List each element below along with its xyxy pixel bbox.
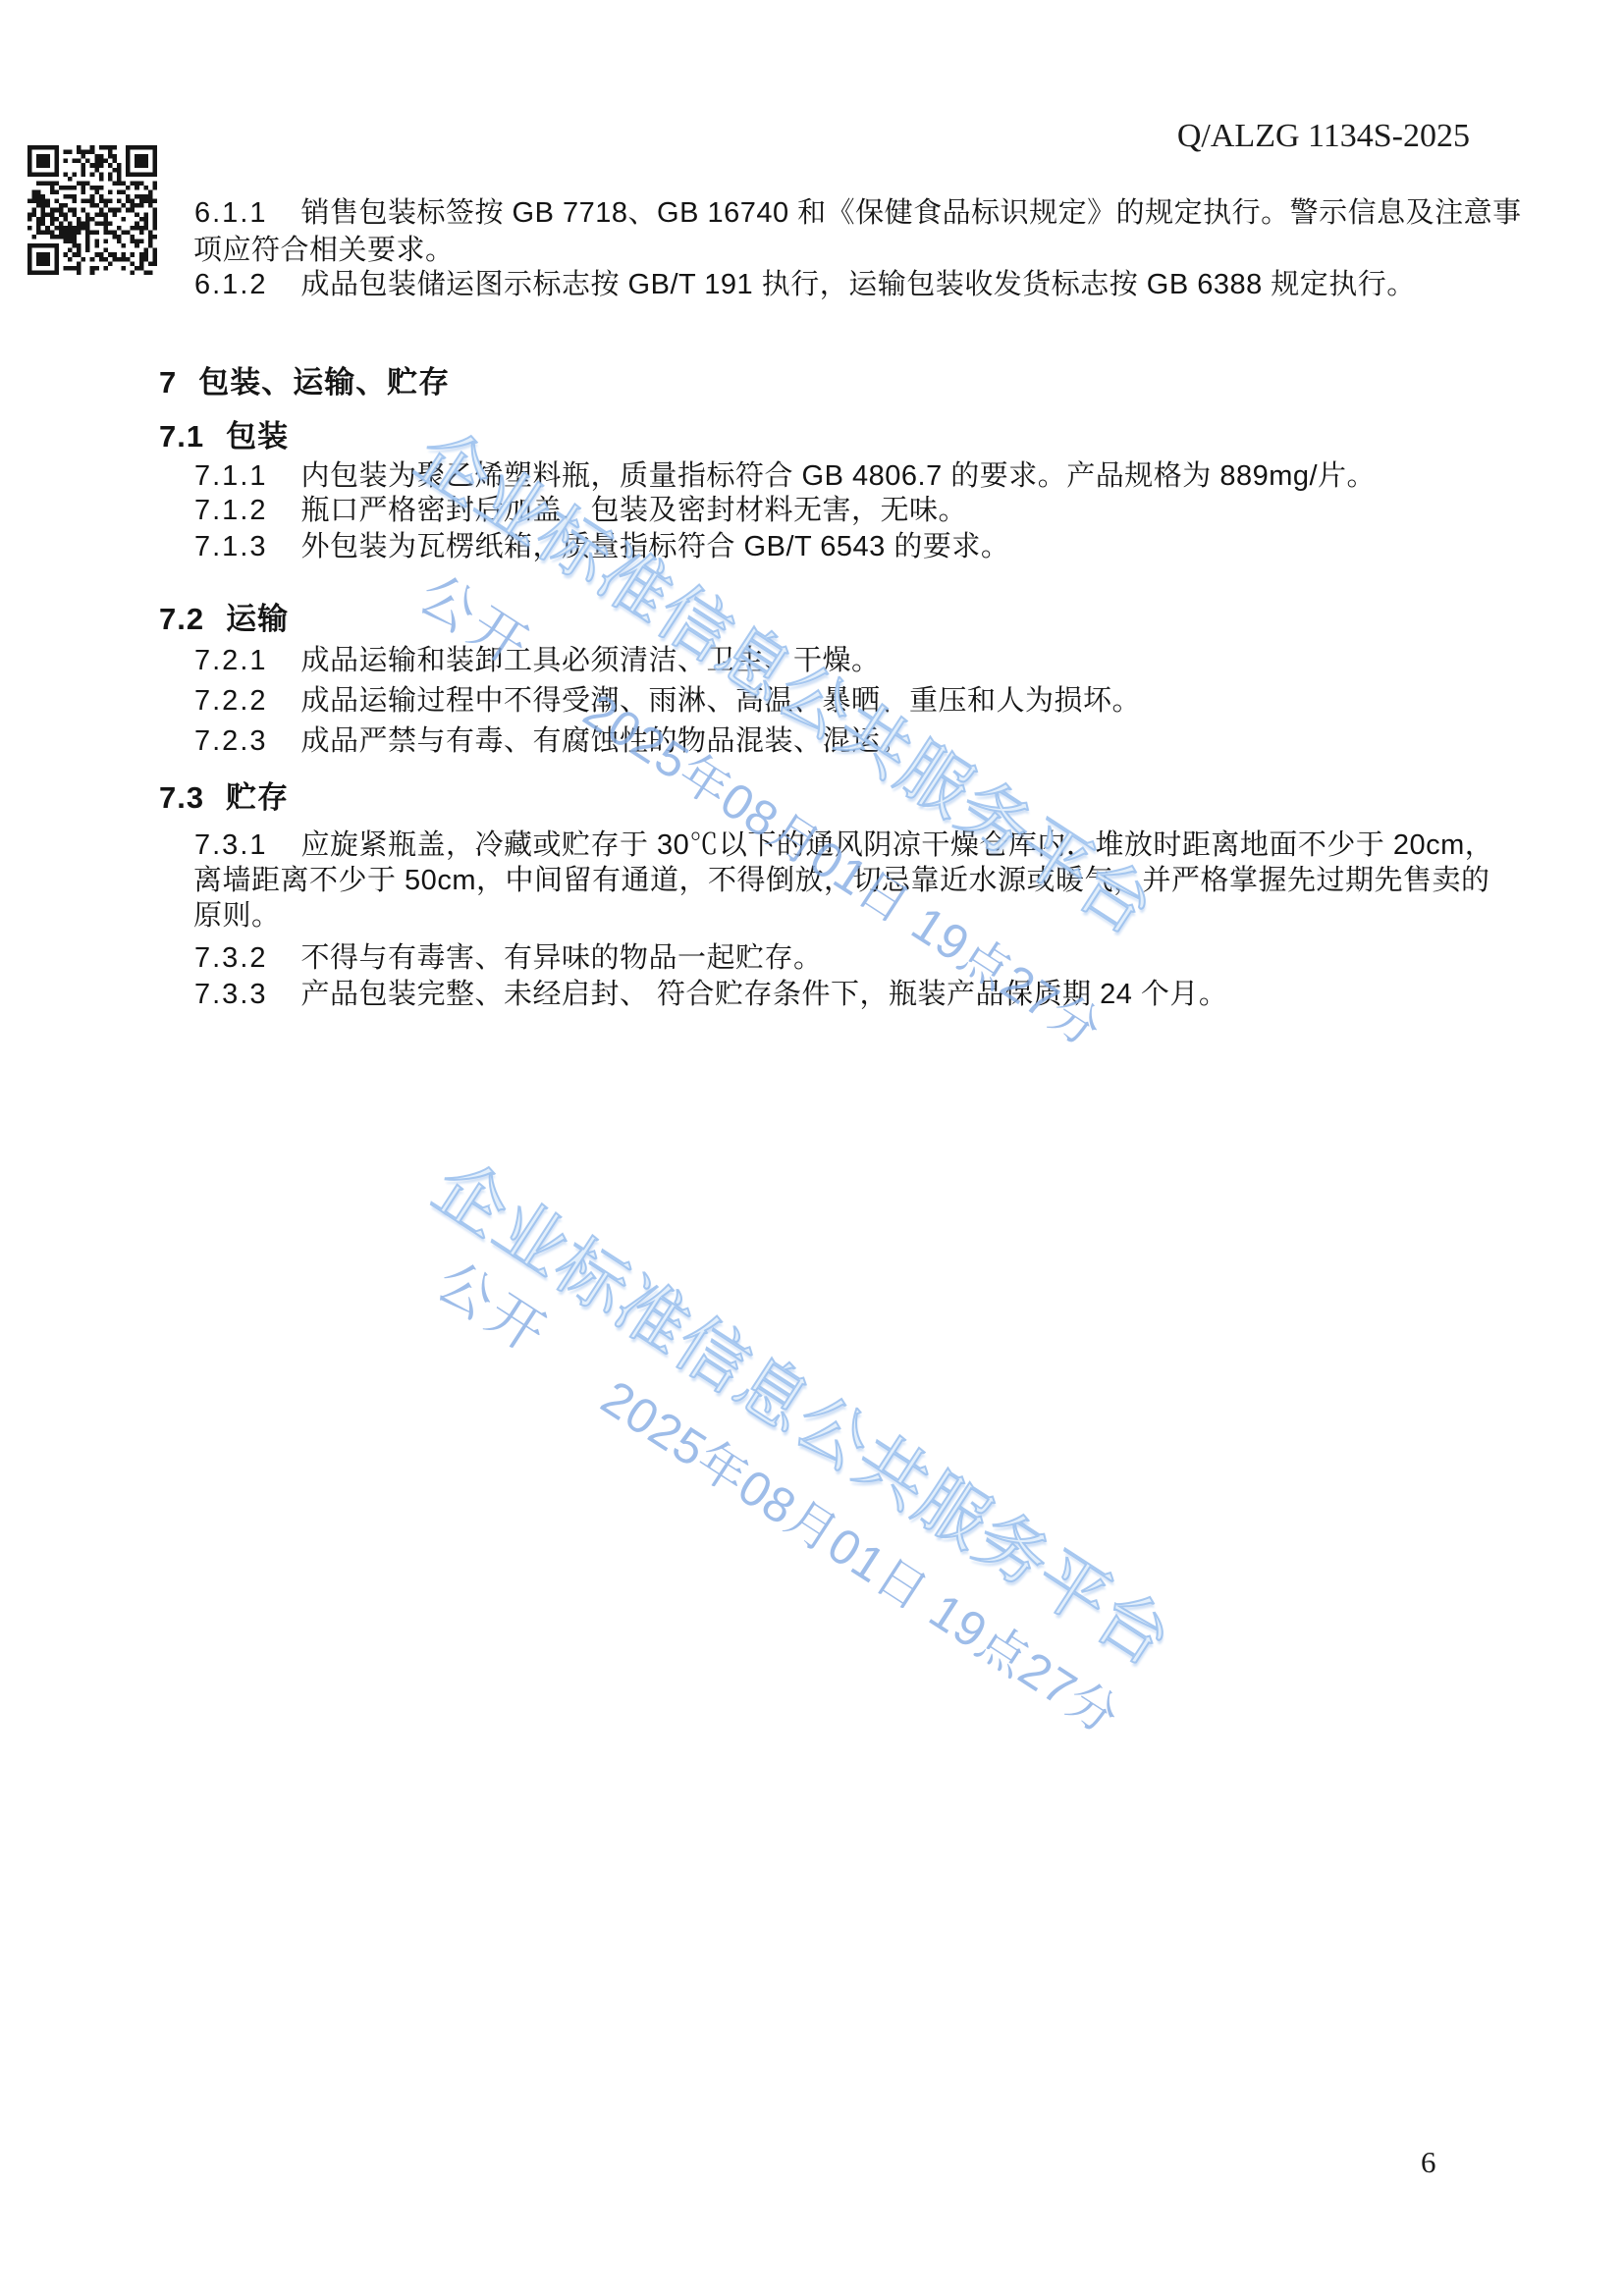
clause-text: 成品运输过程中不得受潮、雨淋、高温、暴晒、重压和人为损坏。 — [301, 685, 1142, 717]
clause-text: 成品严禁与有毒、有腐蚀性的物品混装、混运。 — [301, 725, 910, 757]
clause-number: 7.3.3 — [194, 975, 268, 1014]
clause-number: 7.1 — [159, 417, 204, 456]
watermark-timestamp-text: 2025年08月01日 19点27分 — [593, 1372, 1127, 1742]
clause-text: 瓶口严格密封后加盖，包装及密封材料无害，无味。 — [301, 495, 968, 526]
clause-text: 外包装为瓦楞纸箱，质量指标符合 GB/T 6543 的要求。 — [301, 531, 1010, 562]
clause-text: 贮存 — [226, 780, 289, 815]
document-line: 6.1.2成品包装储运图示标志按 GB/T 191 执行，运输包装收发货标志按 … — [194, 265, 1416, 304]
clause-number: 7.2.3 — [194, 721, 268, 761]
document-line: 7.2.1成品运输和装卸工具必须清洁、卫生、干燥。 — [194, 641, 881, 680]
clause-number: 7.2 — [159, 600, 204, 639]
clause-text: 不得与有毒害、有异味的物品一起贮存。 — [301, 942, 823, 974]
clause-text: 离墙距离不少于 50cm，中间留有通道，不得倒放，切忌靠近水源或暖气，并严格掌握… — [193, 865, 1489, 896]
document-line: 7.3.3产品包装完整、未经启封、 符合贮存条件下，瓶装产品保质期 24 个月。 — [194, 975, 1227, 1014]
page-number: 6 — [1421, 2145, 1436, 2180]
clause-text: 产品包装完整、未经启封、 符合贮存条件下，瓶装产品保质期 24 个月。 — [301, 979, 1228, 1010]
clause-text: 成品运输和装卸工具必须清洁、卫生、干燥。 — [301, 645, 881, 676]
clause-text: 项应符合相关要求。 — [193, 235, 455, 266]
clause-number: 7.3.2 — [194, 938, 268, 978]
document-line: 7.2.3成品严禁与有毒、有腐蚀性的物品混装、混运。 — [194, 721, 909, 761]
clause-text: 包装 — [226, 419, 289, 454]
clause-number: 7.1.2 — [194, 491, 268, 530]
document-line: 7.3.1应旋紧瓶盖，冷藏或贮存于 30℃以下的通风阴凉干燥仓库内，堆放时距离地… — [194, 826, 1493, 865]
document-line: 原则。 — [193, 896, 281, 935]
clause-number: 7.1.3 — [194, 527, 268, 566]
watermark-layer: 企业标准信息公共服务平台 公开 2025年08月01日 19点27分 企业标准信… — [0, 0, 1624, 2296]
document-line: 7.1.2瓶口严格密封后加盖，包装及密封材料无害，无味。 — [194, 491, 967, 530]
clause-text: 内包装为聚乙烯塑料瓶，质量指标符合 GB 4806.7 的要求。产品规格为 88… — [301, 460, 1377, 492]
section-heading: 7.1包装 — [159, 417, 289, 456]
clause-number: 6.1.2 — [194, 265, 268, 304]
section-heading: 7.2运输 — [159, 600, 289, 639]
watermark-visibility-text: 公开 — [428, 1254, 559, 1364]
clause-text: 应旋紧瓶盖，冷藏或贮存于 30℃以下的通风阴凉干燥仓库内，堆放时距离地面不少于 … — [301, 829, 1494, 861]
document-line: 7.1.3外包装为瓦楞纸箱，质量指标符合 GB/T 6543 的要求。 — [194, 527, 1009, 566]
section-heading: 7.3贮存 — [159, 778, 289, 818]
clause-text: 运输 — [226, 602, 289, 636]
document-line: 项应符合相关要求。 — [193, 231, 455, 270]
clause-text: 原则。 — [193, 900, 281, 932]
watermark-platform-text: 企业标准信息公共服务平台 — [417, 1143, 1187, 1685]
clause-number: 7.3.1 — [194, 826, 268, 865]
clause-number: 7.2.1 — [194, 641, 268, 680]
qr-code — [27, 145, 157, 275]
standard-document-page: Q/ALZG 1134S-2025 6.1.1销售包装标签按 GB 7718、G… — [0, 0, 1624, 2296]
clause-number: 7.2.2 — [194, 681, 268, 721]
document-number: Q/ALZG 1134S-2025 — [1177, 118, 1470, 155]
document-line: 7.3.2不得与有毒害、有异味的物品一起贮存。 — [194, 938, 823, 978]
document-line: 离墙距离不少于 50cm，中间留有通道，不得倒放，切忌靠近水源或暖气，并严格掌握… — [193, 861, 1489, 900]
clause-number: 6.1.1 — [194, 193, 268, 233]
document-line: 7.1.1内包装为聚乙烯塑料瓶，质量指标符合 GB 4806.7 的要求。产品规… — [194, 456, 1376, 496]
clause-text: 销售包装标签按 GB 7718、GB 16740 和《保健食品标识规定》的规定执… — [301, 197, 1522, 229]
clause-text: 成品包装储运图示标志按 GB/T 191 执行，运输包装收发货标志按 GB 63… — [301, 269, 1416, 300]
section-heading: 7包装、运输、贮存 — [159, 363, 450, 402]
clause-number: 7.3 — [159, 778, 204, 818]
clause-number: 7.1.1 — [194, 456, 268, 496]
document-line: 6.1.1销售包装标签按 GB 7718、GB 16740 和《保健食品标识规定… — [194, 193, 1522, 233]
clause-text: 包装、运输、贮存 — [198, 365, 450, 400]
clause-number: 7 — [159, 363, 177, 402]
document-line: 7.2.2成品运输过程中不得受潮、雨淋、高温、暴晒、重压和人为损坏。 — [194, 681, 1141, 721]
